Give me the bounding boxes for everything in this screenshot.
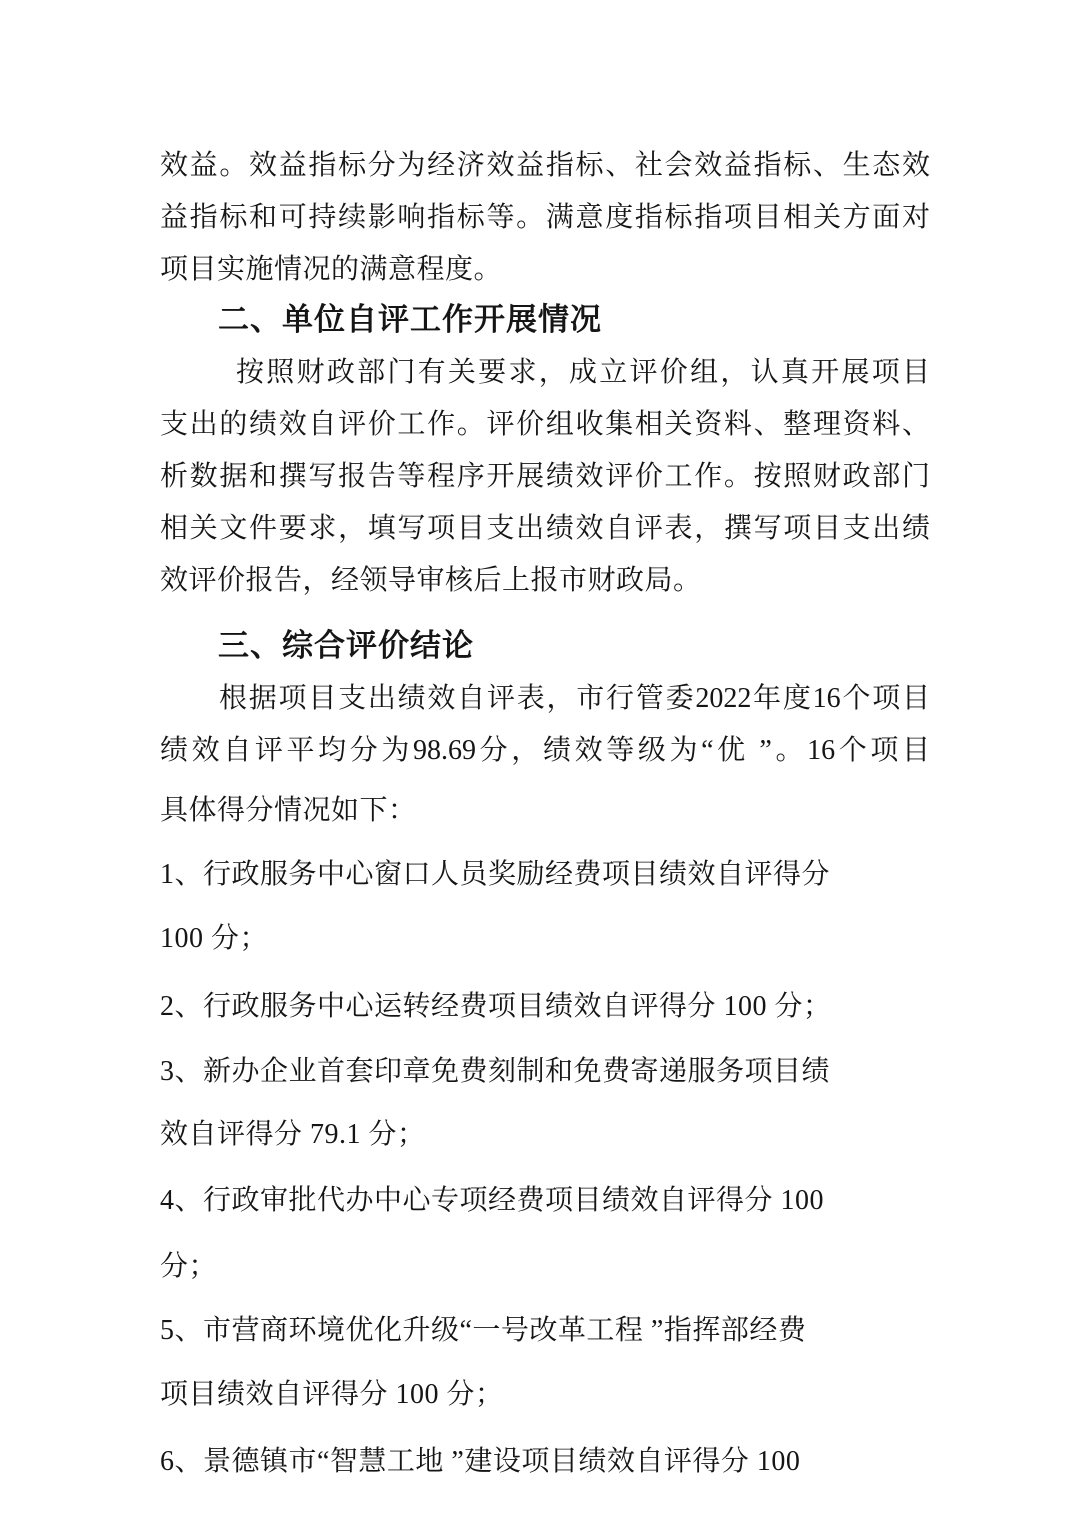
document-page: 效益。效益指标分为经济效益指标、社会效益指标、生态效 益指标和可持续影响指标等。… <box>0 0 1074 1520</box>
list-item-line: 100 分； <box>160 919 930 959</box>
section-heading-2: 二、单位自评工作开展情况 <box>160 300 930 340</box>
paragraph-line: 根据项目支出绩效自评表，市行管委2022年度16个项目 <box>160 679 930 719</box>
paragraph-line: 项目实施情况的满意程度。 <box>160 250 930 290</box>
paragraph-line: 支出的绩效自评价工作。评价组收集相关资料、整理资料、 <box>160 405 930 445</box>
list-item-line: 分； <box>160 1247 930 1287</box>
paragraph-line: 益指标和可持续影响指标等。满意度指标指项目相关方面对 <box>160 198 930 238</box>
section-heading-3: 三、综合评价结论 <box>160 626 930 666</box>
list-item-line: 项目绩效自评得分 100 分； <box>160 1375 930 1415</box>
paragraph-line: 按照财政部门有关要求，成立评价组，认真开展项目 <box>160 353 930 393</box>
paragraph-line: 绩效自评平均分为98.69分，绩效等级为“优 ”。16个项目 <box>160 731 930 771</box>
paragraph-line: 具体得分情况如下： <box>160 791 930 831</box>
list-item-line: 6、景德镇市“智慧工地 ”建设项目绩效自评得分 100 <box>160 1442 930 1482</box>
list-item-line: 1、行政服务中心窗口人员奖励经费项目绩效自评得分 <box>160 855 930 895</box>
list-item-line: 5、市营商环境优化升级“一号改革工程 ”指挥部经费 <box>160 1311 930 1351</box>
list-item-line: 2、行政服务中心运转经费项目绩效自评得分 100 分； <box>160 987 930 1027</box>
paragraph-line: 相关文件要求，填写项目支出绩效自评表，撰写项目支出绩 <box>160 509 930 549</box>
list-item-line: 3、新办企业首套印章免费刻制和免费寄递服务项目绩 <box>160 1052 930 1092</box>
list-item-line: 4、行政审批代办中心专项经费项目绩效自评得分 100 <box>160 1181 930 1221</box>
paragraph-line: 析数据和撰写报告等程序开展绩效评价工作。按照财政部门 <box>160 457 930 497</box>
list-item-line: 效自评得分 79.1 分； <box>160 1115 930 1155</box>
paragraph-line: 效评价报告，经领导审核后上报市财政局。 <box>160 561 930 601</box>
paragraph-line: 效益。效益指标分为经济效益指标、社会效益指标、生态效 <box>160 146 930 186</box>
